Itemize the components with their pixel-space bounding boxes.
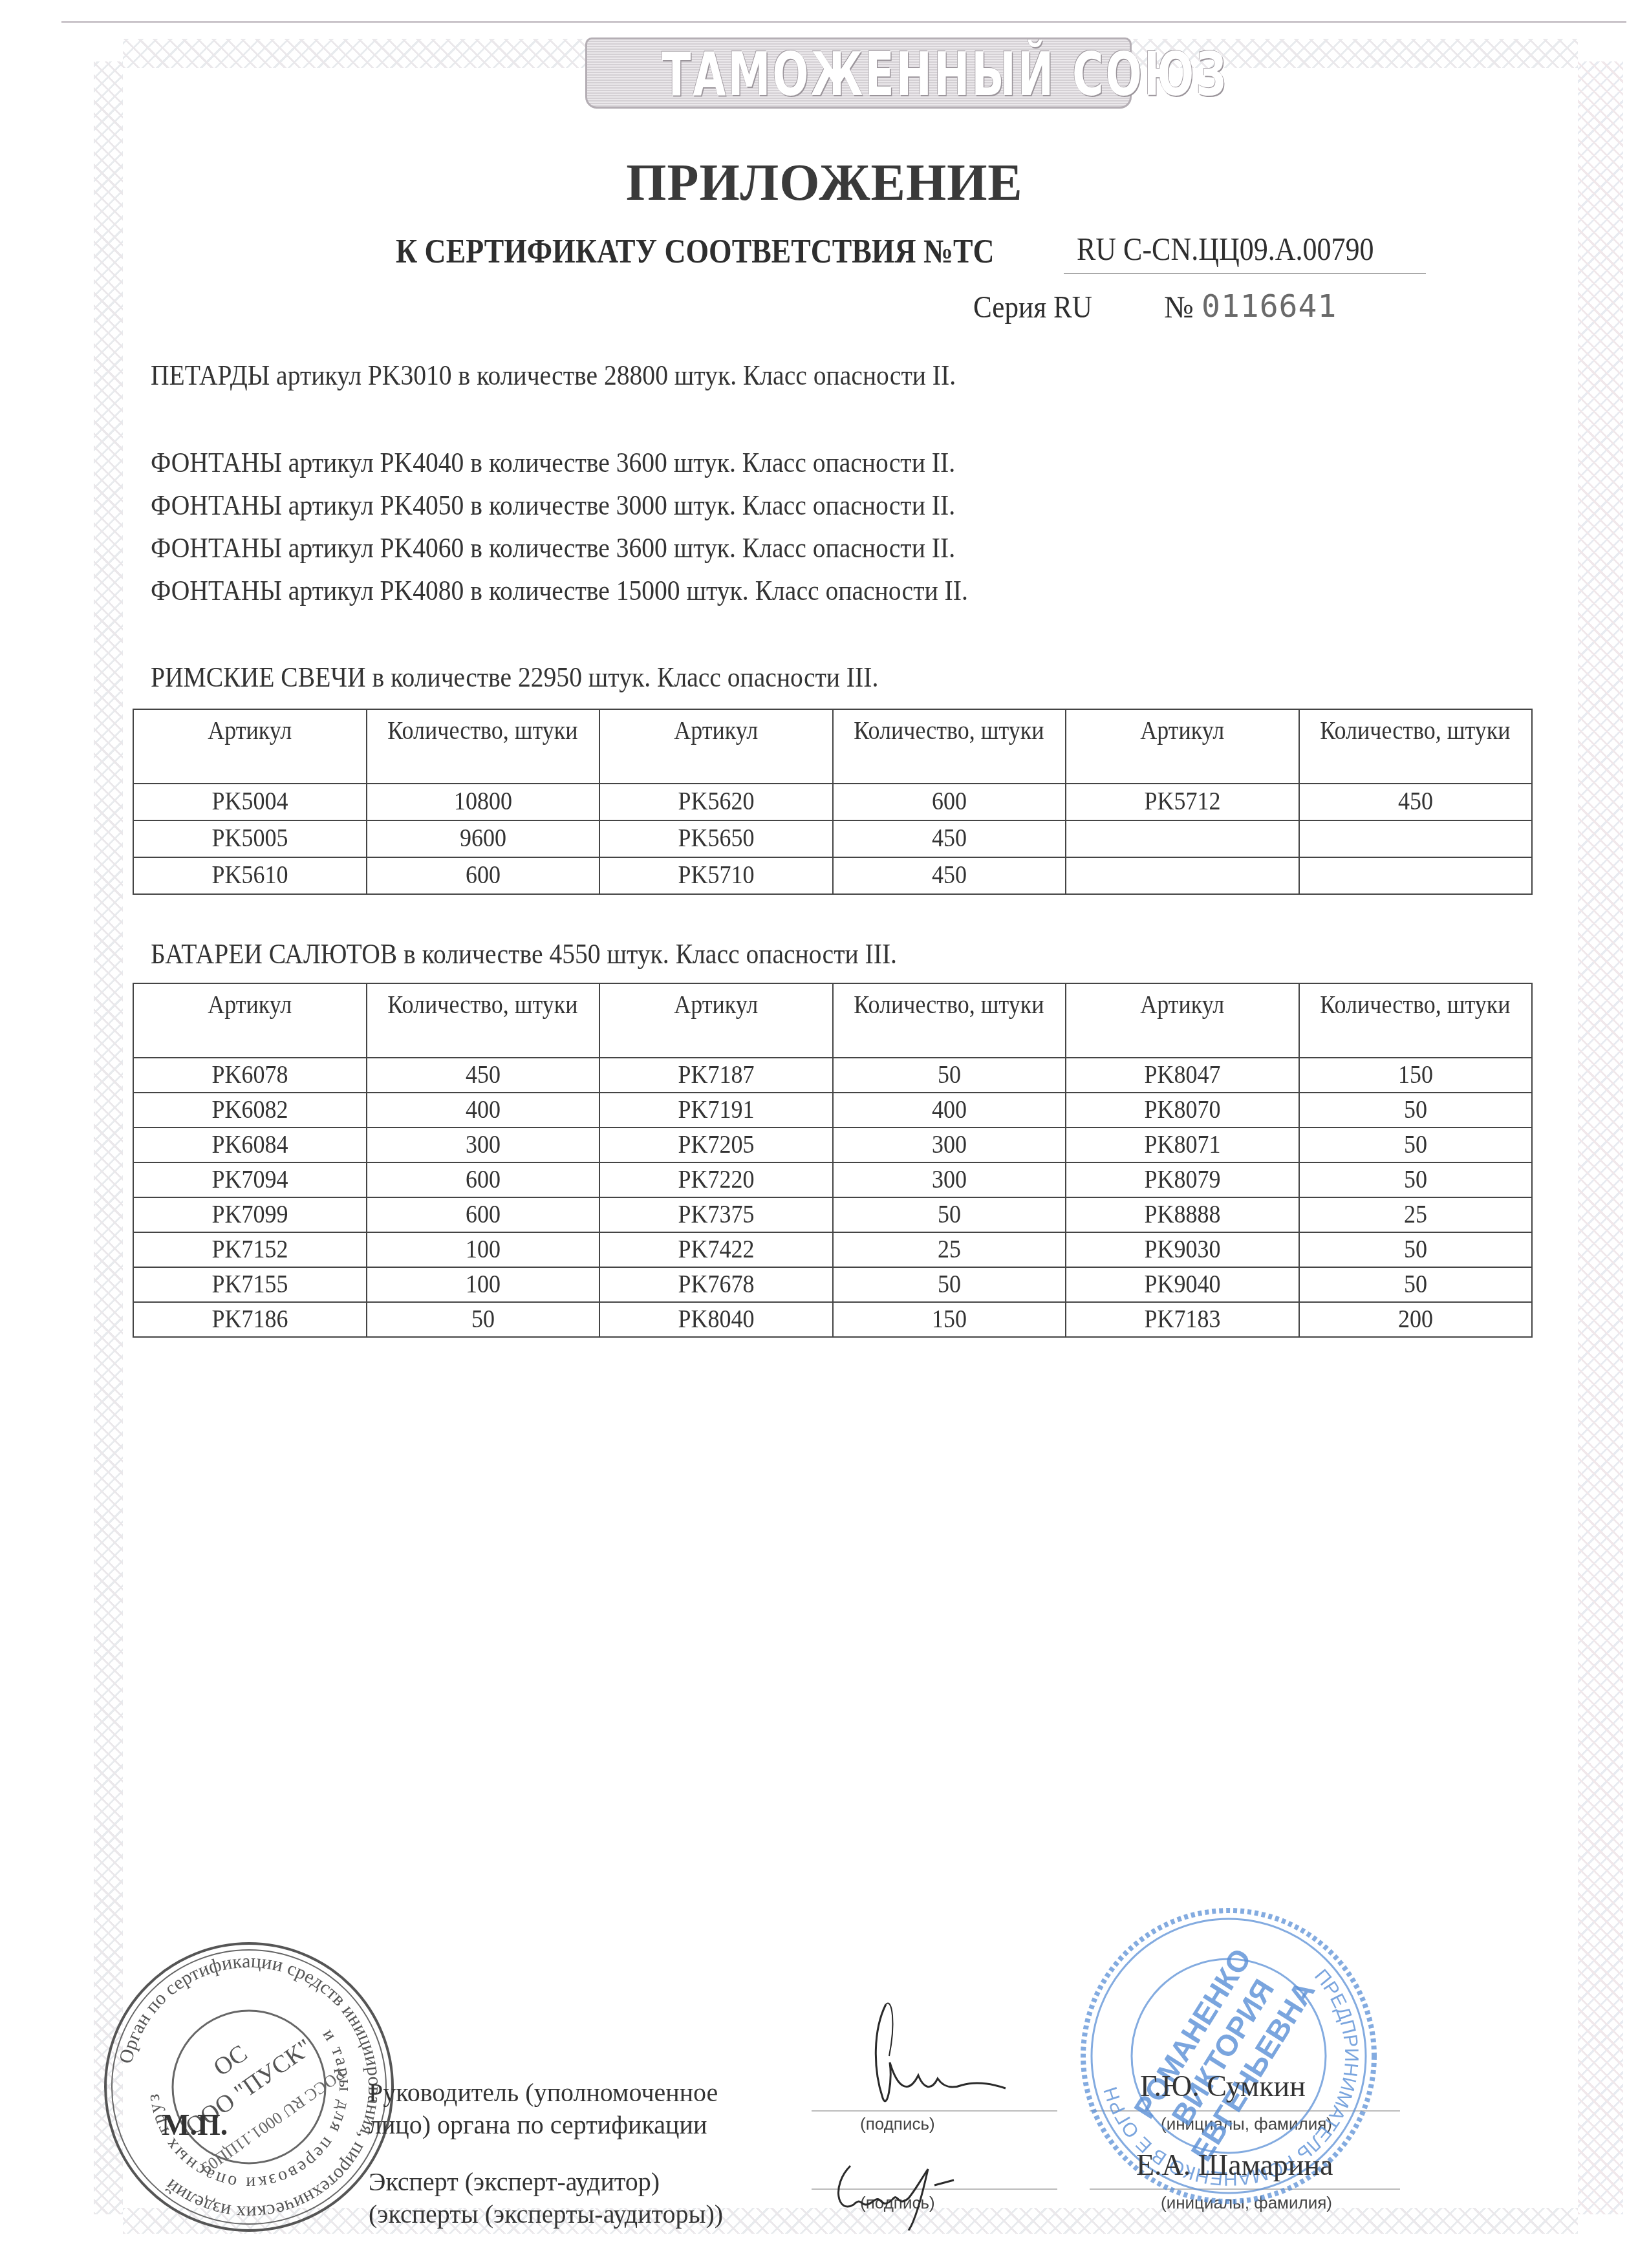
column-header-label: Артикул xyxy=(1140,714,1224,747)
customs-union-banner: ТАМОЖЕННЫЙ СОЮЗ xyxy=(585,37,1132,109)
head-signature xyxy=(847,1991,1015,2114)
column-header-label: Артикул xyxy=(208,714,292,747)
quantity-cell xyxy=(1299,857,1533,894)
column-header-label: Артикул xyxy=(208,988,292,1022)
roman-candles-table: АртикулКоличество, штукиАртикулКоличеств… xyxy=(133,709,1533,895)
quantity-cell: 50 xyxy=(1299,1232,1533,1267)
column-header-article: Артикул xyxy=(1066,983,1299,1058)
article-cell: PK8070 xyxy=(1066,1093,1299,1128)
stamp-place-mark: М.П. xyxy=(162,2108,228,2142)
page-title: ПРИЛОЖЕНИЕ xyxy=(0,154,1649,213)
head-label-line-2: лицо) органа по сертификации xyxy=(369,2109,707,2141)
quantity-cell: 300 xyxy=(833,1162,1066,1197)
quantity-cell: 450 xyxy=(833,857,1066,894)
roman-candles-heading: РИМСКИЕ СВЕЧИ в количестве 22950 штук. К… xyxy=(151,661,878,694)
article-cell: PK6084 xyxy=(133,1128,367,1162)
guilloche-border-left xyxy=(94,61,123,2214)
quantity-cell: 50 xyxy=(1299,1093,1533,1128)
article-cell: PK5620 xyxy=(599,784,833,820)
quantity-cell: 100 xyxy=(367,1232,600,1267)
column-header-label: Количество, штуки xyxy=(854,714,1044,747)
expert-name: Е.А. Шамарина xyxy=(1136,2148,1333,2182)
article-cell: PK8888 xyxy=(1066,1197,1299,1232)
quantity-cell: 150 xyxy=(1299,1058,1533,1093)
column-header-quantity: Количество, штуки xyxy=(833,709,1066,784)
article-cell: PK8040 xyxy=(599,1302,833,1337)
article-cell: PK7191 xyxy=(599,1093,833,1128)
quantity-cell: 600 xyxy=(833,784,1066,820)
banner-text: ТАМОЖЕННЫЙ СОЮЗ xyxy=(662,40,1055,109)
series-label: Серия RU xyxy=(973,290,1092,325)
quantity-cell: 600 xyxy=(367,1197,600,1232)
quantity-cell: 300 xyxy=(367,1128,600,1162)
article-cell: PK8047 xyxy=(1066,1058,1299,1093)
quantity-cell: 450 xyxy=(1299,784,1533,820)
column-header-quantity: Количество, штуки xyxy=(367,709,600,784)
article-cell: PK5610 xyxy=(133,857,367,894)
quantity-cell: 100 xyxy=(367,1267,600,1302)
article-cell xyxy=(1066,820,1299,857)
table-header-row: АртикулКоличество, штукиАртикулКоличеств… xyxy=(133,709,1532,784)
item-fountain-pk4060: ФОНТАНЫ артикул PK4060 в количестве 3600… xyxy=(151,531,955,564)
expert-signature xyxy=(824,2140,986,2231)
article-cell: PK7220 xyxy=(599,1162,833,1197)
article-cell: PK7152 xyxy=(133,1232,367,1267)
column-header-article: Артикул xyxy=(599,709,833,784)
column-header-label: Артикул xyxy=(674,988,758,1022)
article-cell: PK8071 xyxy=(1066,1128,1299,1162)
quantity-cell: 400 xyxy=(367,1093,600,1128)
article-cell: PK5005 xyxy=(133,820,367,857)
quantity-cell: 200 xyxy=(1299,1302,1533,1337)
quantity-cell: 50 xyxy=(1299,1128,1533,1162)
table-header-row: АртикулКоличество, штукиАртикулКоличеств… xyxy=(133,983,1532,1058)
article-cell: PK5650 xyxy=(599,820,833,857)
column-header-label: Артикул xyxy=(674,714,758,747)
quantity-cell: 9600 xyxy=(367,820,600,857)
quantity-cell: 450 xyxy=(367,1058,600,1093)
head-signature-caption: (подпись) xyxy=(860,2114,935,2134)
article-cell: PK7205 xyxy=(599,1128,833,1162)
article-cell: PK9030 xyxy=(1066,1232,1299,1267)
quantity-cell: 50 xyxy=(1299,1162,1533,1197)
article-cell: PK8079 xyxy=(1066,1162,1299,1197)
table-row: PK7094600PK7220300PK807950 xyxy=(133,1162,1532,1197)
quantity-cell: 10800 xyxy=(367,784,600,820)
article-cell xyxy=(1066,857,1299,894)
article-cell: PK7094 xyxy=(133,1162,367,1197)
certificate-number-underline xyxy=(1064,273,1426,274)
expert-label-line-2: (эксперты (эксперты-аудиторы)) xyxy=(369,2198,723,2231)
item-fountain-pk4080: ФОНТАНЫ артикул PK4080 в количестве 1500… xyxy=(151,574,968,607)
column-header-article: Артикул xyxy=(599,983,833,1058)
item-fountain-pk4040: ФОНТАНЫ артикул PK4040 в количестве 3600… xyxy=(151,446,955,479)
article-cell: PK7155 xyxy=(133,1267,367,1302)
guilloche-border-right xyxy=(1578,61,1623,2214)
quantity-cell: 50 xyxy=(833,1267,1066,1302)
series-number: 0116641 xyxy=(1202,288,1337,325)
article-cell: PK5004 xyxy=(133,784,367,820)
column-header-quantity: Количество, штуки xyxy=(367,983,600,1058)
head-label-line-1: Руководитель (уполномоченное xyxy=(369,2077,718,2109)
table-row: PK6084300PK7205300PK807150 xyxy=(133,1128,1532,1162)
batteries-table: АртикулКоличество, штукиАртикулКоличеств… xyxy=(133,983,1533,1338)
table-row: PK6082400PK7191400PK807050 xyxy=(133,1093,1532,1128)
quantity-cell xyxy=(1299,820,1533,857)
table-row: PK718650PK8040150PK7183200 xyxy=(133,1302,1532,1337)
table-row: PK50059600PK5650450 xyxy=(133,820,1532,857)
article-cell: PK6082 xyxy=(133,1093,367,1128)
column-header-label: Количество, штуки xyxy=(1320,714,1511,747)
column-header-label: Количество, штуки xyxy=(388,988,578,1022)
page-top-edge xyxy=(61,21,1626,23)
table-row: PK500410800PK5620600PK5712450 xyxy=(133,784,1532,820)
article-cell: PK5712 xyxy=(1066,784,1299,820)
article-cell: PK9040 xyxy=(1066,1267,1299,1302)
column-header-quantity: Количество, штуки xyxy=(833,983,1066,1058)
quantity-cell: 600 xyxy=(367,1162,600,1197)
article-cell: PK7183 xyxy=(1066,1302,1299,1337)
article-cell: PK6078 xyxy=(133,1058,367,1093)
column-header-label: Количество, штуки xyxy=(854,988,1044,1022)
column-header-article: Артикул xyxy=(133,709,367,784)
quantity-cell: 400 xyxy=(833,1093,1066,1128)
table-row: PK5610600PK5710450 xyxy=(133,857,1532,894)
column-header-article: Артикул xyxy=(133,983,367,1058)
quantity-cell: 450 xyxy=(833,820,1066,857)
quantity-cell: 300 xyxy=(833,1128,1066,1162)
table-row: PK7099600PK737550PK888825 xyxy=(133,1197,1532,1232)
expert-label-line-1: Эксперт (эксперт-аудитор) xyxy=(369,2166,660,2198)
certification-body-seal: Орган по сертификации средств инициирова… xyxy=(100,1940,398,2234)
head-name: Г.Ю. Сумкин xyxy=(1140,2069,1306,2103)
table-row: PK6078450PK718750PK8047150 xyxy=(133,1058,1532,1093)
article-cell: PK7678 xyxy=(599,1267,833,1302)
quantity-cell: 25 xyxy=(833,1232,1066,1267)
table-row: PK7155100PK767850PK904050 xyxy=(133,1267,1532,1302)
batteries-heading: БАТАРЕИ САЛЮТОВ в количестве 4550 штук. … xyxy=(151,937,897,970)
table-row: PK7152100PK742225PK903050 xyxy=(133,1232,1532,1267)
article-cell: PK7187 xyxy=(599,1058,833,1093)
column-header-quantity: Количество, штуки xyxy=(1299,983,1533,1058)
quantity-cell: 50 xyxy=(833,1197,1066,1232)
batteries-table-body: PK6078450PK718750PK8047150PK6082400PK719… xyxy=(133,1058,1532,1337)
quantity-cell: 25 xyxy=(1299,1197,1533,1232)
item-fountain-pk4050: ФОНТАНЫ артикул PK4050 в количестве 3000… xyxy=(151,489,955,522)
certificate-number: RU C-CN.ЦЦ09.А.00790 xyxy=(1077,230,1374,268)
article-cell: PK7099 xyxy=(133,1197,367,1232)
quantity-cell: 600 xyxy=(367,857,600,894)
quantity-cell: 150 xyxy=(833,1302,1066,1337)
article-cell: PK7375 xyxy=(599,1197,833,1232)
roman-candles-table-body: PK500410800PK5620600PK5712450PK50059600P… xyxy=(133,784,1532,894)
column-header-label: Количество, штуки xyxy=(1320,988,1511,1022)
item-firecrackers: ПЕТАРДЫ артикул PK3010 в количестве 2880… xyxy=(151,359,956,392)
series-number-sign: № xyxy=(1164,290,1194,325)
article-cell: PK7422 xyxy=(599,1232,833,1267)
article-cell: PK5710 xyxy=(599,857,833,894)
certificate-label: К СЕРТИФИКАТУ СООТВЕТСТВИЯ №ТС xyxy=(396,233,995,271)
quantity-cell: 50 xyxy=(833,1058,1066,1093)
column-header-label: Артикул xyxy=(1140,988,1224,1022)
article-cell: PK7186 xyxy=(133,1302,367,1337)
column-header-label: Количество, штуки xyxy=(388,714,578,747)
quantity-cell: 50 xyxy=(367,1302,600,1337)
column-header-article: Артикул xyxy=(1066,709,1299,784)
column-header-quantity: Количество, штуки xyxy=(1299,709,1533,784)
quantity-cell: 50 xyxy=(1299,1267,1533,1302)
